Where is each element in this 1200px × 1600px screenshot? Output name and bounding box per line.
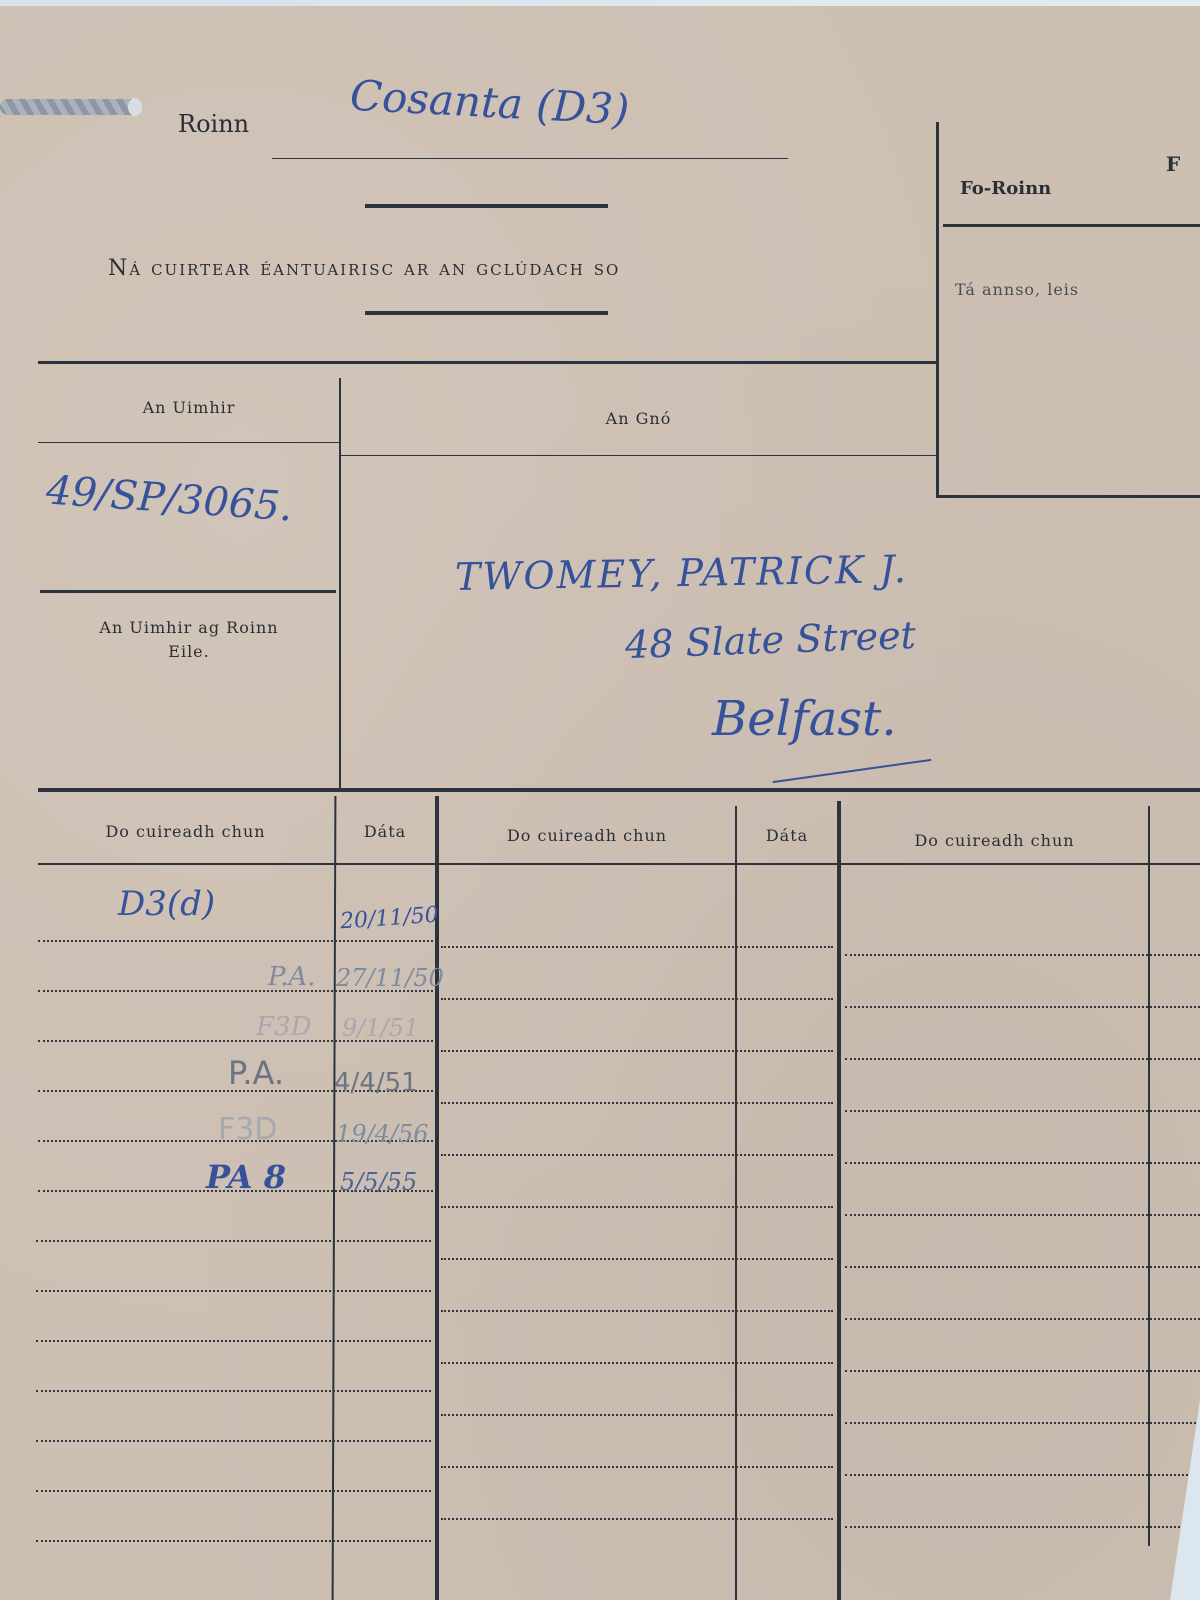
routing-row-1-sent-to: D3(d)	[118, 884, 215, 924]
row-rule	[36, 1390, 431, 1392]
row-rule	[441, 1466, 833, 1468]
row-rule	[845, 1058, 1200, 1060]
row-rule	[845, 1006, 1200, 1008]
binding-eyelet	[128, 98, 142, 116]
row-rule	[441, 1414, 833, 1416]
an-uimhir-label: An Uimhir	[40, 398, 338, 417]
routing-row-2-date: 27/11/50	[336, 964, 444, 992]
row-rule	[36, 1240, 431, 1242]
row-rule	[441, 946, 833, 948]
business-address-1: 48 Slate Street	[624, 613, 916, 667]
an-gno-underline	[341, 455, 936, 456]
row-rule	[441, 1102, 833, 1104]
col-header-sent-to-3: Do cuireadh chun	[841, 831, 1148, 850]
fo-roinn-label: Fo-Roinn	[960, 178, 1051, 199]
routing-row-5-sent-to: F3D	[218, 1112, 277, 1147]
row-rule	[845, 1214, 1200, 1216]
ta-annso-label: Tá annso, leis	[955, 280, 1079, 299]
col-header-sent-to-2: Do cuireadh chun	[439, 826, 735, 845]
row-rule	[36, 1290, 431, 1292]
decor-rule-top	[365, 204, 608, 208]
row-rule	[845, 1110, 1200, 1112]
col-header-date-1: Dáta	[335, 822, 435, 841]
main-box-top-border	[38, 361, 936, 364]
roinn-value: Cosanta (D3)	[349, 71, 631, 135]
row-rule	[36, 1490, 431, 1492]
row-rule	[441, 1518, 833, 1520]
row-rule	[845, 1318, 1200, 1320]
an-uimhir-underline	[38, 442, 340, 443]
an-uimhir-bottom-rule	[40, 590, 336, 593]
edge-letter: F	[1166, 152, 1181, 176]
an-uimhir-value: 49/SP/3065.	[45, 467, 294, 530]
routing-row-6-sent-to: PA 8	[206, 1158, 286, 1196]
routing-row-3-sent-to: F3D	[256, 1012, 311, 1042]
an-gno-label: An Gnó	[341, 409, 936, 428]
col-divider-1	[332, 796, 337, 1600]
file-cover: Roinn Cosanta (D3) Ná cuirtear éantuairi…	[0, 6, 1200, 1600]
row-rule	[845, 1266, 1200, 1268]
routing-row-2-sent-to: P.A.	[268, 962, 316, 992]
left-panel-divider	[339, 378, 341, 788]
row-rule	[845, 1474, 1200, 1476]
binding-string	[0, 99, 140, 115]
row-rule	[441, 1154, 833, 1156]
col-divider-3	[735, 806, 737, 1600]
row-rule	[845, 1370, 1200, 1372]
row-rule	[845, 1422, 1200, 1424]
decor-rule-bottom	[365, 311, 608, 315]
row-rule	[36, 1540, 431, 1542]
row-rule	[441, 1310, 833, 1312]
row-rule	[441, 1258, 833, 1260]
routing-row-4-date: 4/4/51	[334, 1068, 418, 1098]
address-underline	[773, 759, 932, 783]
side-box-left-border	[936, 122, 939, 498]
side-box-divider	[943, 224, 1200, 227]
business-name: TWOMEY, PATRICK J.	[455, 547, 909, 599]
row-rule	[441, 998, 833, 1000]
row-rule	[36, 1340, 431, 1342]
other-dept-label-2: Eile.	[40, 642, 338, 661]
routing-table-top-border	[38, 788, 1200, 792]
col-header-sent-to-1: Do cuireadh chun	[38, 822, 333, 841]
folded-corner	[1170, 1400, 1200, 1600]
business-address-2: Belfast.	[712, 691, 897, 747]
routing-row-6-date: 5/5/55	[340, 1168, 417, 1196]
row-rule	[38, 940, 433, 942]
notice-text: Ná cuirtear éantuairisc ar an gclúdach s…	[108, 256, 620, 281]
other-dept-label-1: An Uimhir ag Roinn	[40, 618, 338, 637]
routing-row-4-sent-to: P.A.	[228, 1054, 284, 1092]
row-rule	[441, 1206, 833, 1208]
col-divider-5	[1148, 806, 1150, 1546]
col-divider-4	[837, 801, 841, 1600]
row-rule	[845, 1162, 1200, 1164]
routing-header-underline	[38, 863, 1200, 865]
row-rule	[36, 1440, 431, 1442]
side-box-bottom-border	[936, 495, 1200, 498]
row-rule	[845, 1526, 1200, 1528]
routing-row-1-date: 20/11/50	[339, 903, 439, 935]
roinn-label: Roinn	[178, 110, 249, 138]
row-rule	[845, 954, 1200, 956]
routing-row-3-date: 9/1/51	[342, 1014, 419, 1042]
routing-row-5-date: 19/4/56	[336, 1120, 429, 1148]
roinn-underline	[272, 158, 788, 159]
row-rule	[441, 1050, 833, 1052]
row-rule	[441, 1362, 833, 1364]
col-header-date-2: Dáta	[737, 826, 837, 845]
